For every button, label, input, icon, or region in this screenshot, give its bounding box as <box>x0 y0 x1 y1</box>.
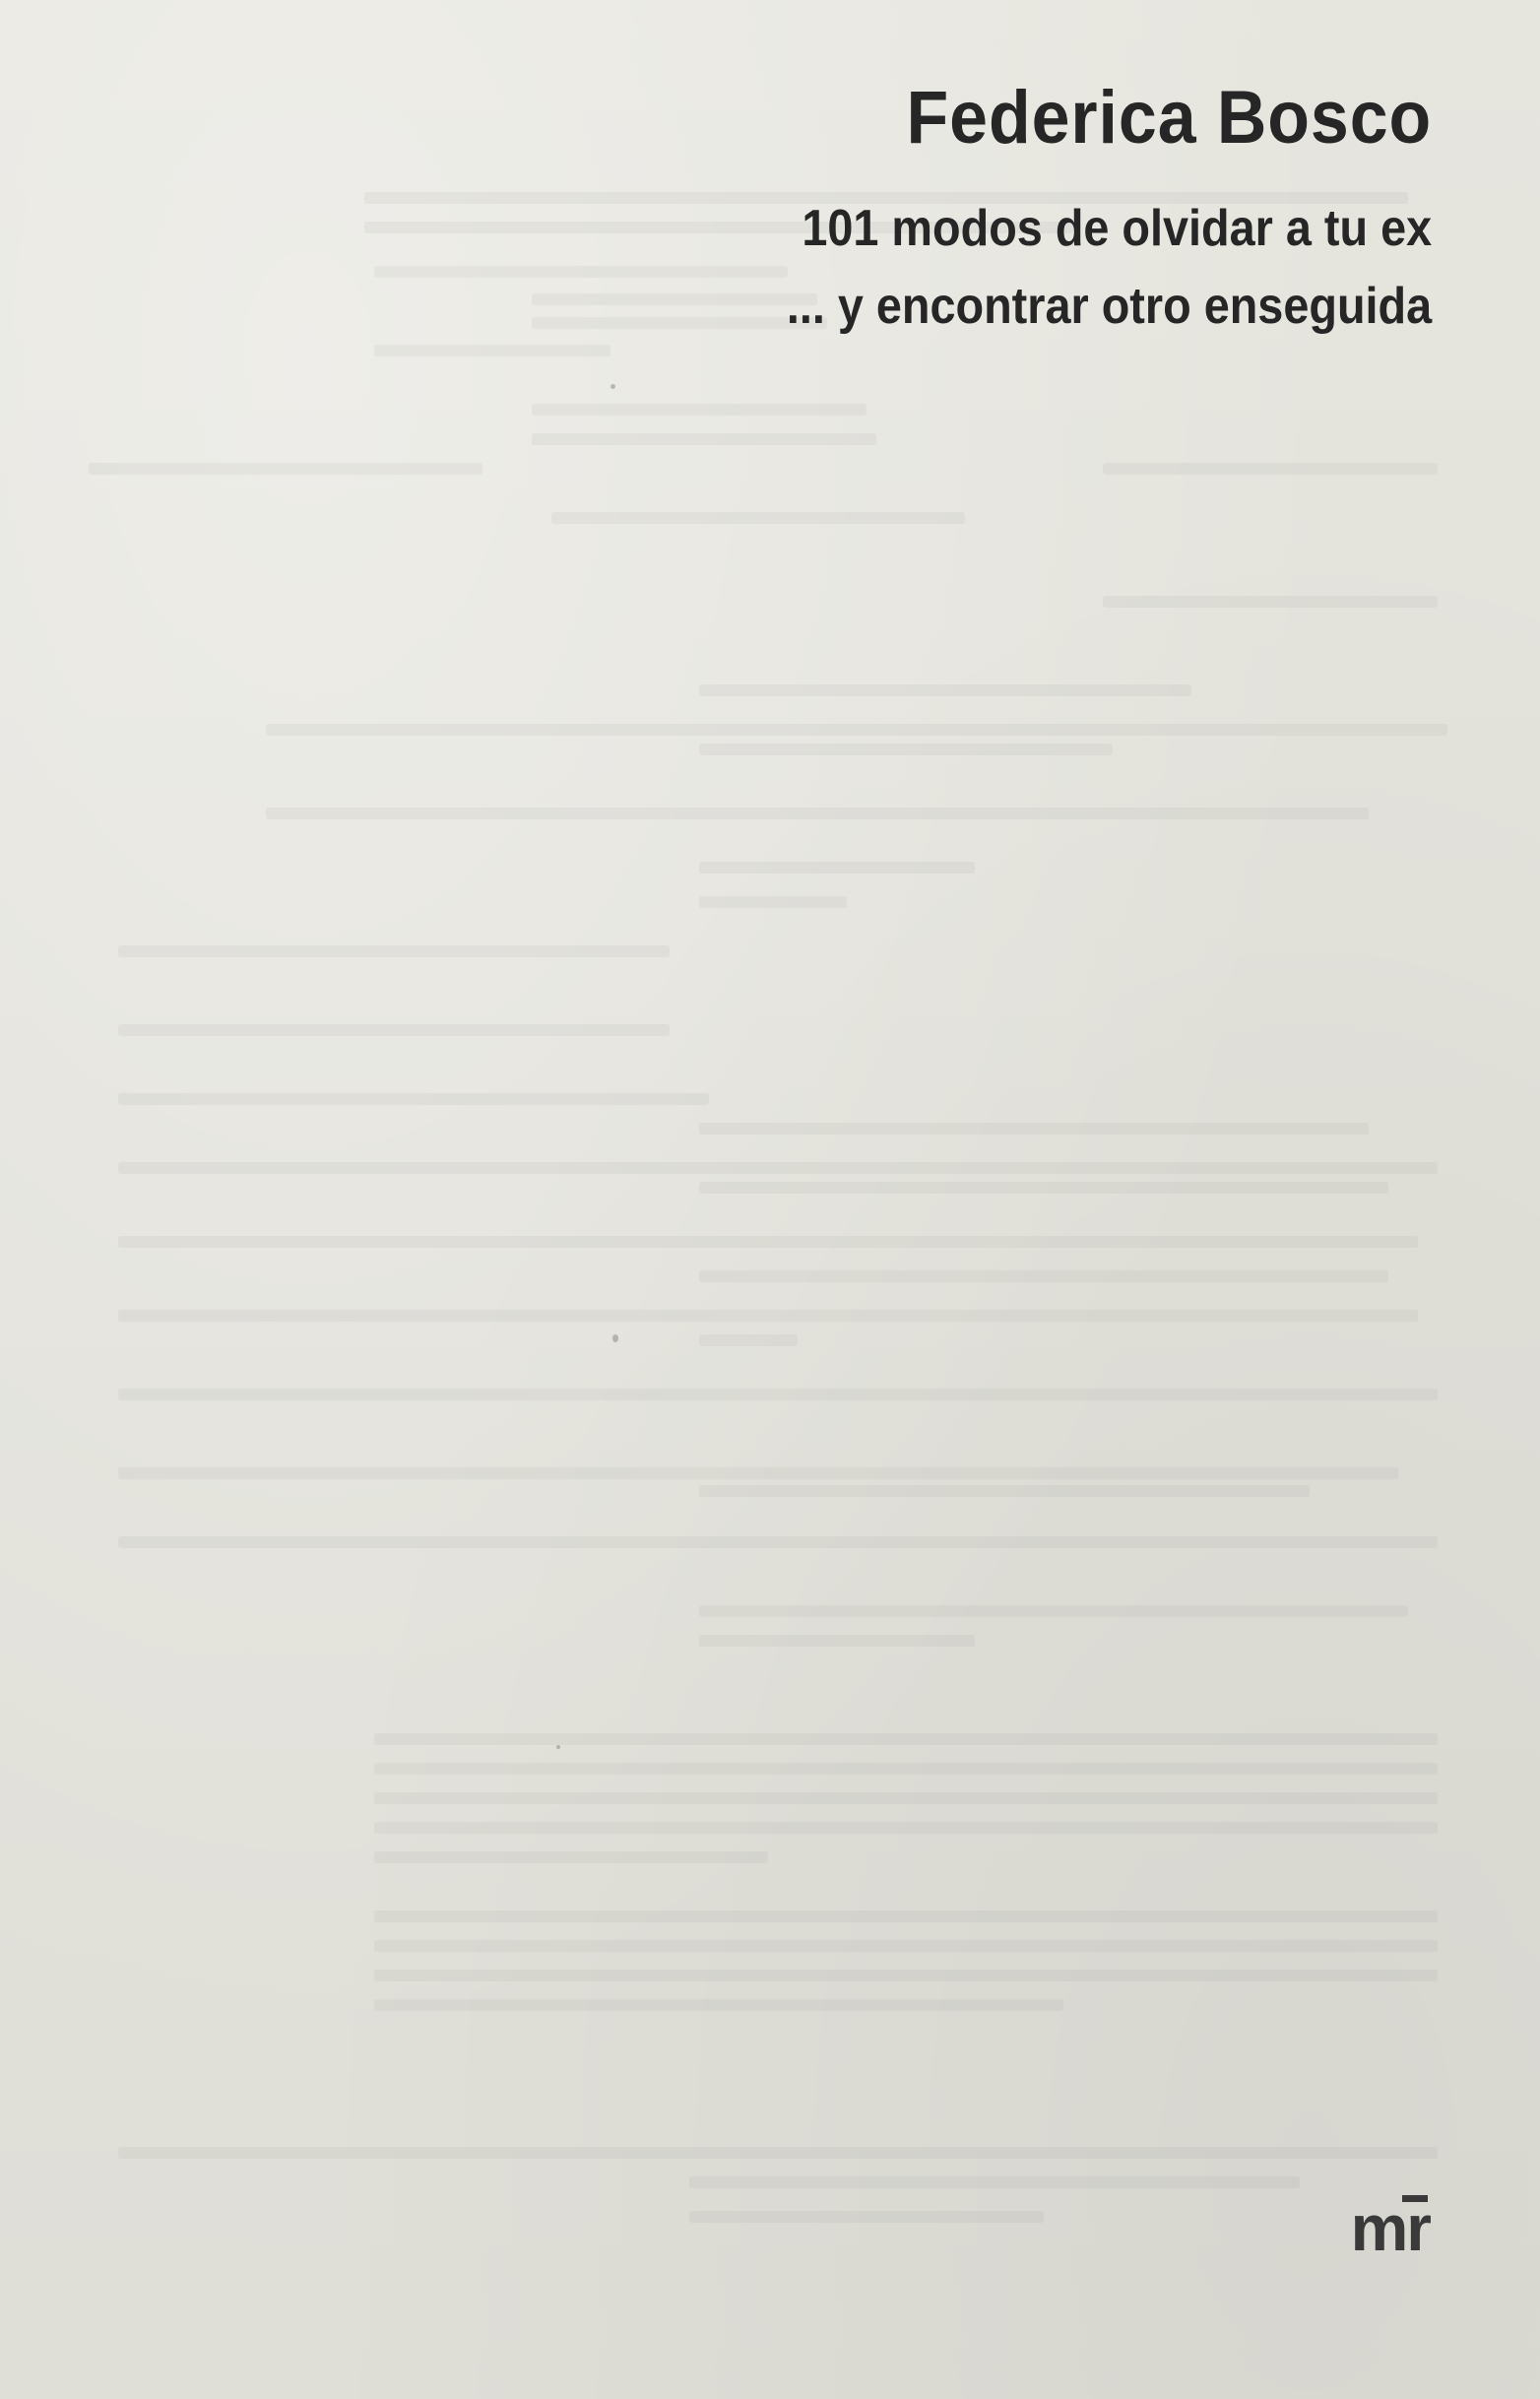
title-block: Federica Bosco 101 modos de olvidar a tu… <box>715 81 1432 332</box>
publisher-logo-text: mr <box>1351 2195 1430 2260</box>
paper-speck <box>612 1334 618 1342</box>
paper-speck <box>610 384 615 389</box>
book-title-line-2: ... y encontrar otro enseguida <box>787 281 1432 332</box>
author-name: Federica Bosco <box>772 81 1432 156</box>
show-through-text <box>0 0 1540 2399</box>
book-title-line-1: 101 modos de olvidar a tu ex <box>787 203 1432 254</box>
paper-speck <box>556 1745 560 1749</box>
title-page: Federica Bosco 101 modos de olvidar a tu… <box>0 0 1540 2399</box>
martinez-roca-logo-icon: mr <box>1351 2191 1430 2260</box>
